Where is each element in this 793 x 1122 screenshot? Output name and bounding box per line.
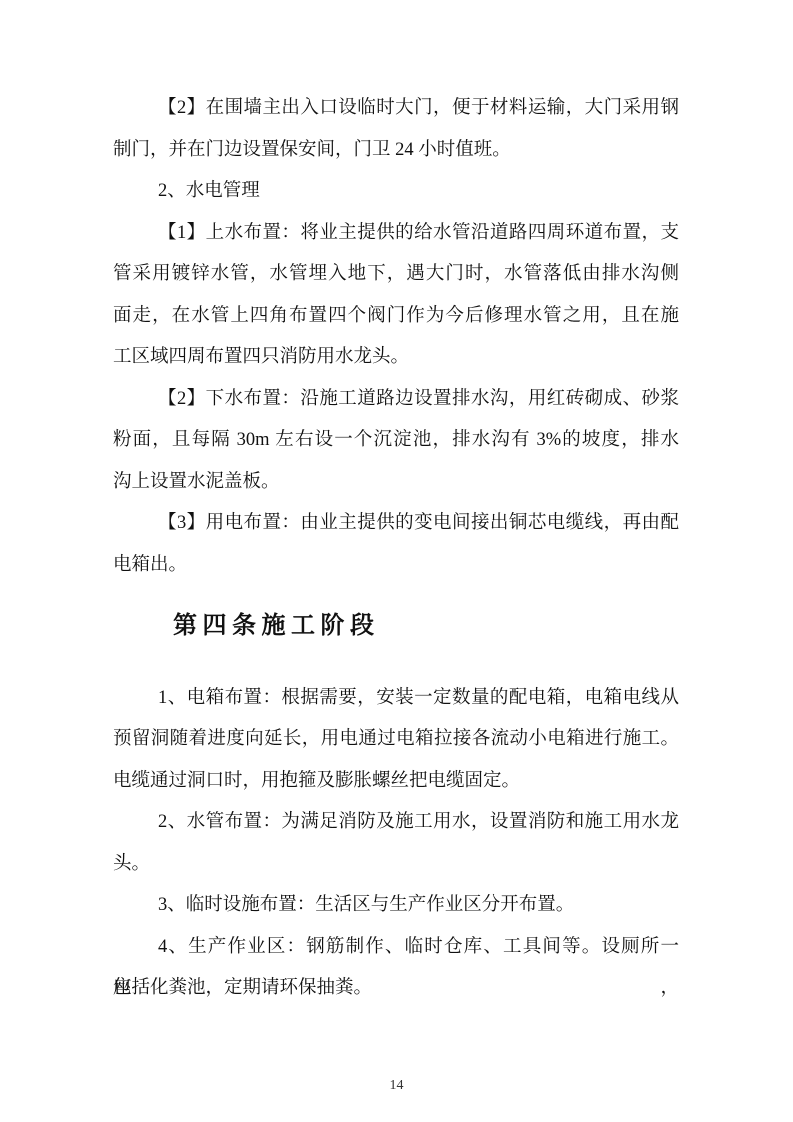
- text-line: 沟上设置水泥盖板。: [113, 462, 679, 504]
- paragraph: 1、电箱布置：根据需要，安装一定数量的配电箱，电箱电线从预留洞随着进度向延长，用…: [113, 678, 679, 803]
- text-line: 2、水电管理: [113, 171, 679, 213]
- text-line: 【3】用电布置：由业主提供的变电间接出铜芯电缆线，再由配: [113, 503, 679, 545]
- text-line: 电箱出。: [113, 545, 679, 587]
- paragraph: 2、水电管理: [113, 171, 679, 213]
- text-line: 4、生产作业区：钢筋制作、临时仓库、工具间等。设厕所一座，: [113, 927, 679, 969]
- heading-text: 第四条施工阶段: [113, 606, 679, 648]
- document-body: 【2】在围墙主出入口设临时大门，便于材料运输，大门采用钢制门，并在门边设置保安间…: [113, 88, 679, 1010]
- text-line: 制门，并在门边设置保安间，门卫 24 小时值班。: [113, 130, 679, 172]
- text-line: 【2】下水布置：沿施工道路边设置排水沟，用红砖砌成、砂浆: [113, 379, 679, 421]
- text-line: 3、临时设施布置：生活区与生产作业区分开布置。: [113, 885, 679, 927]
- paragraph: 3、临时设施布置：生活区与生产作业区分开布置。: [113, 885, 679, 927]
- text-line: 头。: [113, 844, 679, 886]
- paragraph: 2、水管布置：为满足消防及施工用水，设置消防和施工用水龙头。: [113, 802, 679, 885]
- page-number: 14: [390, 1078, 404, 1093]
- text-line: 【2】在围墙主出入口设临时大门，便于材料运输，大门采用钢: [113, 88, 679, 130]
- text-line: 管采用镀锌水管，水管埋入地下，遇大门时，水管落低由排水沟侧: [113, 254, 679, 296]
- paragraph: 【2】下水布置：沿施工道路边设置排水沟，用红砖砌成、砂浆粉面，且每隔 30m 左…: [113, 379, 679, 504]
- paragraph: 4、生产作业区：钢筋制作、临时仓库、工具间等。设厕所一座，包括化粪池，定期请环保…: [113, 927, 679, 1010]
- text-line: 预留洞随着进度向延长，用电通过电箱拉接各流动小电箱进行施工。: [113, 719, 679, 761]
- paragraph: 【1】上水布置：将业主提供的给水管沿道路四周环道布置，支管采用镀锌水管，水管埋入…: [113, 213, 679, 379]
- page-footer: 14: [0, 1076, 793, 1094]
- section-heading: 第四条施工阶段: [113, 606, 679, 648]
- document-page: 【2】在围墙主出入口设临时大门，便于材料运输，大门采用钢制门，并在门边设置保安间…: [0, 0, 793, 1122]
- text-line: 电缆通过洞口时，用抱箍及膨胀螺丝把电缆固定。: [113, 761, 679, 803]
- paragraph: 【3】用电布置：由业主提供的变电间接出铜芯电缆线，再由配电箱出。: [113, 503, 679, 586]
- text-line: 1、电箱布置：根据需要，安装一定数量的配电箱，电箱电线从: [113, 678, 679, 720]
- text-line: 粉面，且每隔 30m 左右设一个沉淀池，排水沟有 3%的坡度，排水: [113, 420, 679, 462]
- text-line: 面走，在水管上四角布置四个阀门作为今后修理水管之用，且在施: [113, 296, 679, 338]
- paragraph: 【2】在围墙主出入口设临时大门，便于材料运输，大门采用钢制门，并在门边设置保安间…: [113, 88, 679, 171]
- text-line: 工区域四周布置四只消防用水龙头。: [113, 337, 679, 379]
- text-line: 【1】上水布置：将业主提供的给水管沿道路四周环道布置，支: [113, 213, 679, 255]
- text-line: 2、水管布置：为满足消防及施工用水，设置消防和施工用水龙: [113, 802, 679, 844]
